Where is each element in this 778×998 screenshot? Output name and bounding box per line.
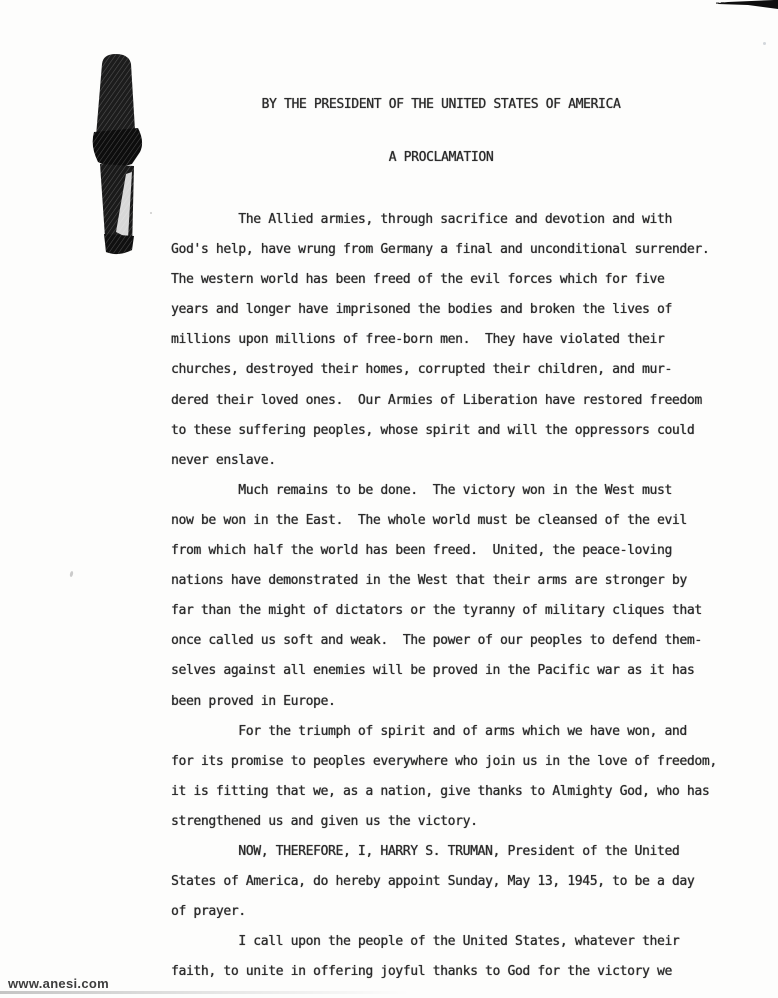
document-paragraph: For the triumph of spirit and of arms wh… [171,717,717,837]
corner-smudge-artifact [716,0,778,10]
document-paragraph: NOW, THEREFORE, I, HARRY S. TRUMAN, Pres… [171,837,717,927]
bottom-scan-streak [0,991,410,994]
document-body: The Allied armies, through sacrifice and… [171,205,717,987]
binding-ribbon-artifact [88,52,144,256]
document-heading: BY THE PRESIDENT OF THE UNITED STATES OF… [163,97,719,112]
paper-speck [69,571,73,578]
scanned-document-page: BY THE PRESIDENT OF THE UNITED STATES OF… [0,0,778,998]
document-paragraph: I call upon the people of the United Sta… [171,927,717,987]
document-paragraph: The Allied armies, through sacrifice and… [171,205,717,476]
paper-speck [763,42,766,45]
paper-speck [150,212,152,214]
document-subheading: A PROCLAMATION [163,150,719,165]
document-paragraph: Much remains to be done. The victory won… [171,476,717,717]
watermark-url: www.anesi.com [8,976,109,991]
